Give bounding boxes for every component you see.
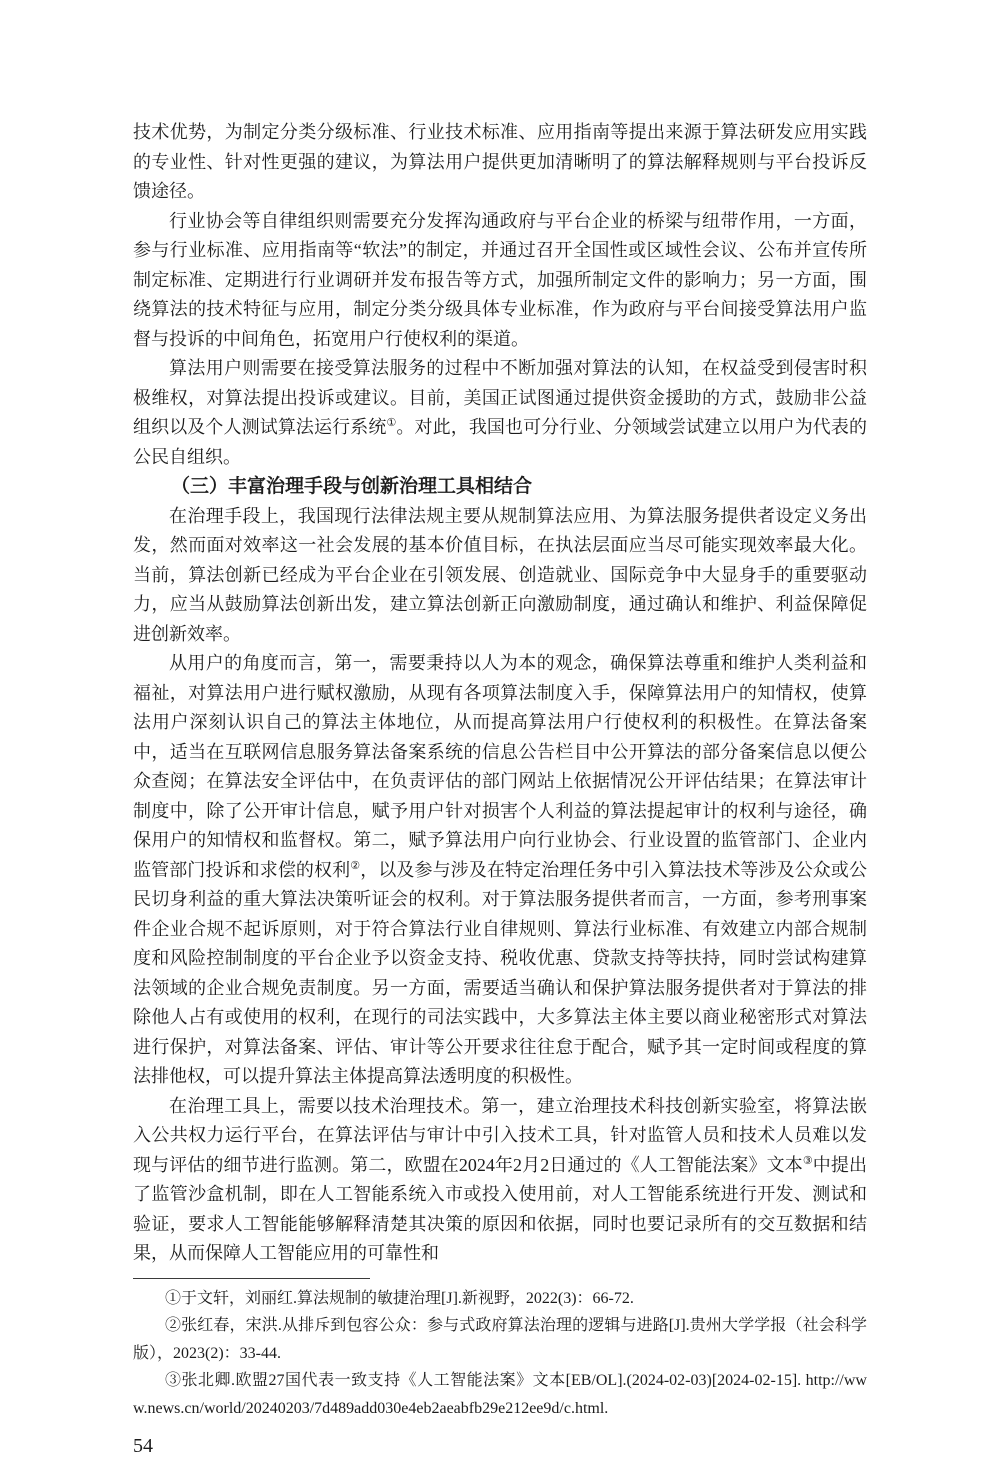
body-paragraph-3: 算法用户则需要在接受算法服务的过程中不断加强对算法的认知，在权益受到侵害时积极维… [133,354,867,472]
footnote-ref-3: ③ [803,1155,813,1167]
footnote-marker: ② [165,1317,181,1334]
footnote-text: 张红春，宋洪.从排斥到包容公众：参与式政府算法治理的逻辑与进路[J].贵州大学学… [133,1317,867,1362]
paragraph-text: 从用户的角度而言，第一，需要秉持以人为本的观念，确保算法尊重和维护人类利益和福祉… [133,653,867,880]
footnote-ref-1: ① [386,417,396,429]
body-paragraph-4: 在治理手段上，我国现行法律法规主要从规制算法应用、为算法服务提供者设定义务出发，… [133,502,867,650]
footnotes-section: ①于文轩，刘丽红.算法规制的敏捷治理[J].新视野，2022(3)：66-72.… [133,1285,867,1423]
paragraph-text: ，以及参与涉及在特定治理任务中引入算法技术等涉及公众或公民切身利益的重大算法决策… [133,860,867,1087]
footnote-text: 张北卿.欧盟27国代表一致支持《人工智能法案》文本[EB/OL].(2024-0… [133,1372,867,1417]
body-paragraph-1: 技术优势，为制定分类分级标准、行业技术标准、应用指南等提出来源于算法研发应用实践… [133,118,867,207]
document-page: 技术优势，为制定分类分级标准、行业技术标准、应用指南等提出来源于算法研发应用实践… [0,0,1000,1347]
footnote-1: ①于文轩，刘丽红.算法规制的敏捷治理[J].新视野，2022(3)：66-72. [133,1285,867,1313]
footnote-separator [133,1278,370,1279]
footnote-2: ②张红春，宋洪.从排斥到包容公众：参与式政府算法治理的逻辑与进路[J].贵州大学… [133,1312,867,1367]
body-paragraph-2: 行业协会等自律组织则需要充分发挥沟通政府与平台企业的桥梁与纽带作用，一方面，参与… [133,207,867,355]
paragraph-text: 在治理工具上，需要以技术治理技术。第一，建立治理技术科技创新实验室，将算法嵌入公… [133,1096,867,1175]
footnote-marker: ① [165,1290,181,1307]
page-number: 54 [133,1434,867,1458]
body-paragraph-6: 在治理工具上，需要以技术治理技术。第一，建立治理技术科技创新实验室，将算法嵌入公… [133,1092,867,1269]
footnote-3: ③张北卿.欧盟27国代表一致支持《人工智能法案》文本[EB/OL].(2024-… [133,1367,867,1422]
footnote-marker: ③ [165,1372,182,1389]
footnote-text: 于文轩，刘丽红.算法规制的敏捷治理[J].新视野，2022(3)：66-72. [181,1290,634,1307]
body-paragraph-5: 从用户的角度而言，第一，需要秉持以人为本的观念，确保算法尊重和维护人类利益和福祉… [133,649,867,1092]
section-heading: （三）丰富治理手段与创新治理工具相结合 [133,472,867,502]
article-body: 技术优势，为制定分类分级标准、行业技术标准、应用指南等提出来源于算法研发应用实践… [133,118,867,1269]
footnote-ref-2: ② [350,860,360,872]
